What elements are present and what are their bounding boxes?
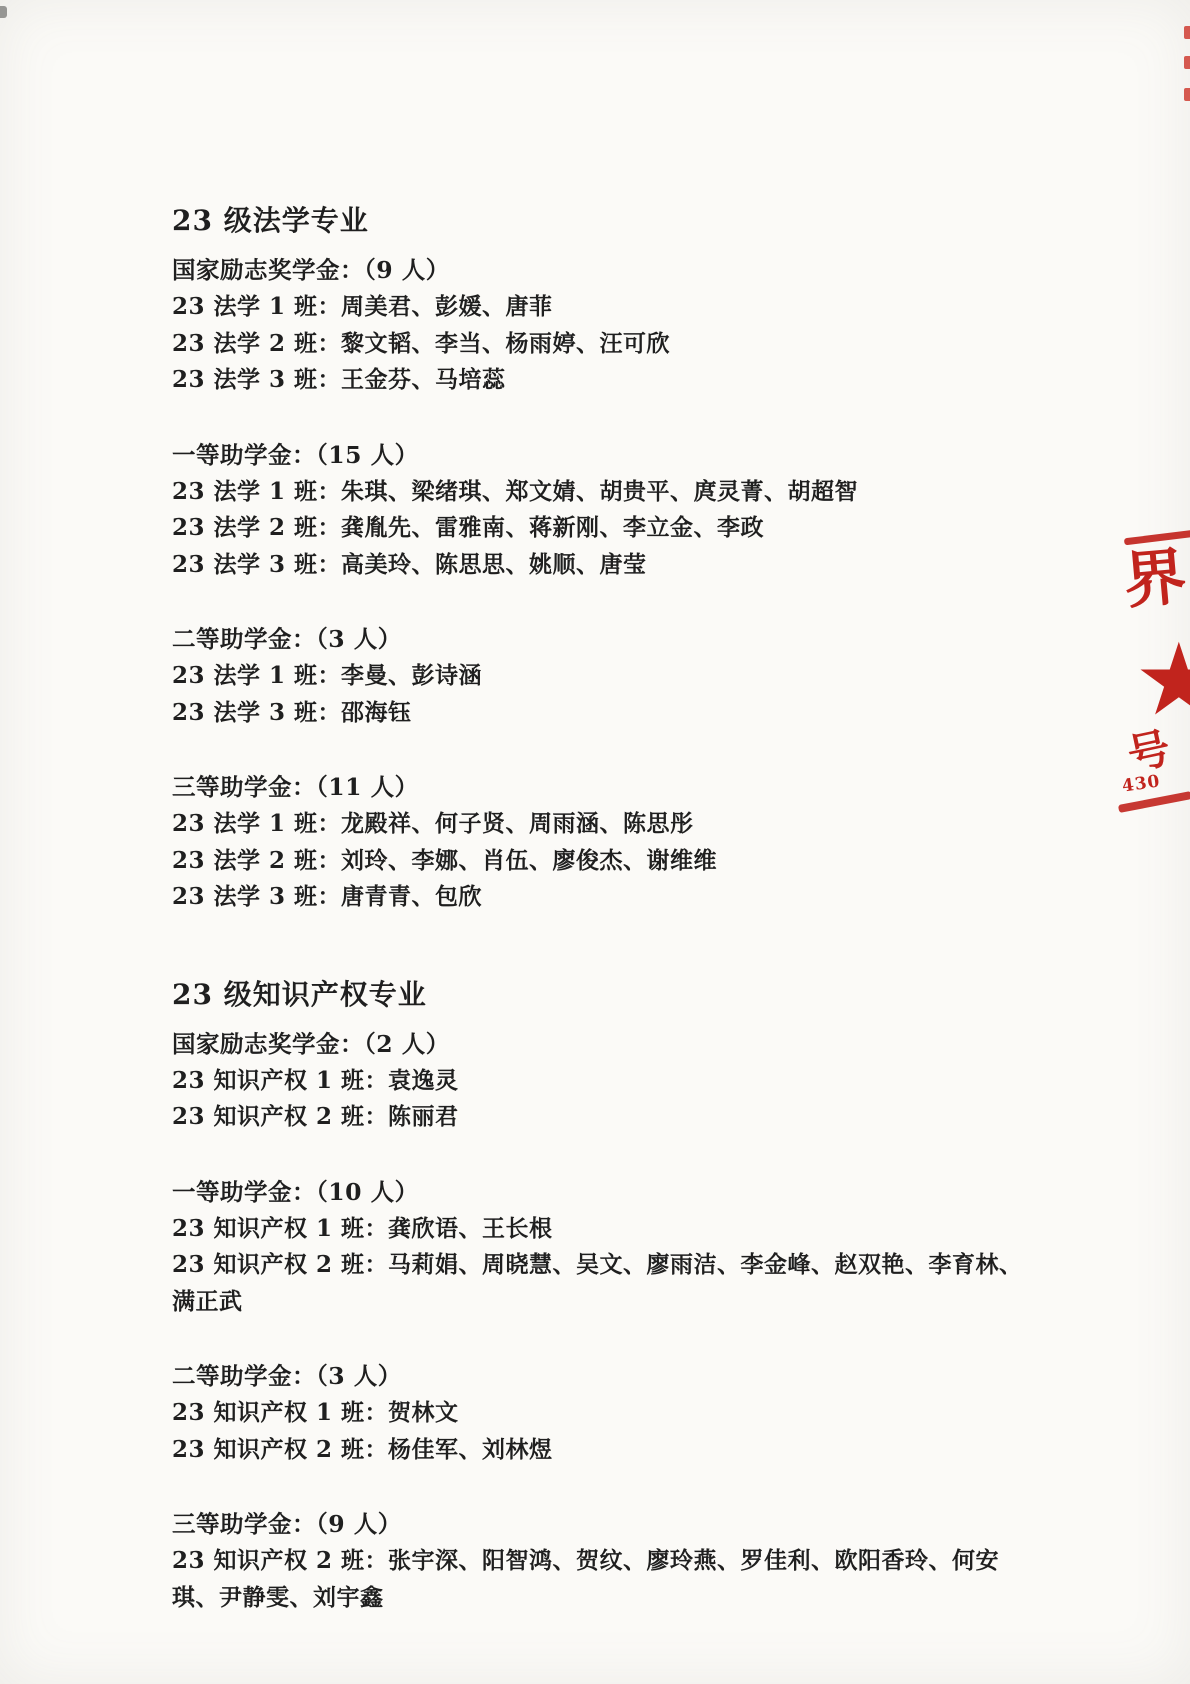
scan-artifact (1184, 56, 1190, 69)
stamp-serial-digits: 430 (1121, 771, 1162, 796)
official-seal-stamp: 界 ★ 号 430 (1110, 524, 1190, 816)
scan-artifact (1184, 88, 1190, 101)
scholarship-group-third-grant: 三等助学金：（11 人） 23 法学 1 班：龙殿祥、何子贤、周雨涵、陈思彤 2… (172, 769, 1042, 916)
scholarship-group-national: 国家励志奖学金：（2 人） 23 知识产权 1 班：袁逸灵 23 知识产权 2 … (172, 1026, 1042, 1136)
stamp-character-bottom: 号 (1124, 726, 1174, 778)
group-heading: 国家励志奖学金：（9 人） (172, 252, 1042, 289)
scholarship-group-third-grant: 三等助学金：（9 人） 23 知识产权 2 班：张宇深、阳智鸿、贺纹、廖玲燕、罗… (172, 1506, 1042, 1616)
group-heading: 二等助学金：（3 人） (172, 621, 1042, 658)
class-roster-line: 23 法学 1 班：龙殿祥、何子贤、周雨涵、陈思彤 (172, 806, 1042, 843)
class-roster-line: 23 法学 1 班：李曼、彭诗涵 (172, 658, 1042, 695)
section-title: 23 级法学专业 (172, 200, 1042, 242)
scholarship-group-second-grant: 二等助学金：（3 人） 23 法学 1 班：李曼、彭诗涵 23 法学 3 班：邵… (172, 621, 1042, 731)
class-roster-line: 23 知识产权 2 班：杨佳军、刘林煜 (172, 1432, 1042, 1469)
group-heading: 一等助学金：（10 人） (172, 1174, 1042, 1211)
class-roster-line: 23 法学 2 班：龚胤先、雷雅南、蒋新刚、李立金、李政 (172, 510, 1042, 547)
class-roster-line: 23 知识产权 1 班：贺林文 (172, 1395, 1042, 1432)
group-heading: 一等助学金：（15 人） (172, 437, 1042, 474)
class-roster-line: 23 法学 1 班：周美君、彭媛、唐菲 (172, 289, 1042, 326)
class-roster-line: 23 法学 2 班：刘玲、李娜、肖伍、廖俊杰、谢维维 (172, 843, 1042, 880)
class-roster-line: 23 知识产权 1 班：龚欣语、王长根 (172, 1211, 1042, 1248)
scholarship-group-national: 国家励志奖学金：（9 人） 23 法学 1 班：周美君、彭媛、唐菲 23 法学 … (172, 252, 1042, 399)
group-heading: 三等助学金：（9 人） (172, 1506, 1042, 1543)
class-roster-line: 23 法学 3 班：高美玲、陈思思、姚顺、唐莹 (172, 547, 1042, 584)
section-ip-major: 23 级知识产权专业 国家励志奖学金：（2 人） 23 知识产权 1 班：袁逸灵… (172, 974, 1042, 1617)
class-roster-line: 23 法学 2 班：黎文韬、李当、杨雨婷、汪可欣 (172, 326, 1042, 363)
scanned-document: { "page": { "background": "#fbfaf7", "te… (0, 0, 1190, 1684)
group-heading: 国家励志奖学金：（2 人） (172, 1026, 1042, 1063)
class-roster-line: 23 知识产权 2 班：张宇深、阳智鸿、贺纹、廖玲燕、罗佳利、欧阳香玲、何安琪、… (172, 1543, 1042, 1616)
scholarship-group-first-grant: 一等助学金：（10 人） 23 知识产权 1 班：龚欣语、王长根 23 知识产权… (172, 1174, 1042, 1321)
section-title: 23 级知识产权专业 (172, 974, 1042, 1016)
class-roster-line: 23 知识产权 2 班：马莉娟、周晓慧、吴文、廖雨洁、李金峰、赵双艳、李育林、满… (172, 1247, 1042, 1320)
scholarship-group-first-grant: 一等助学金：（15 人） 23 法学 1 班：朱琪、梁绪琪、郑文婧、胡贵平、庹灵… (172, 437, 1042, 584)
section-law-major: 23 级法学专业 国家励志奖学金：（9 人） 23 法学 1 班：周美君、彭媛、… (172, 200, 1042, 916)
stamp-character-top: 界 (1121, 543, 1189, 614)
class-roster-line: 23 法学 3 班：邵海钰 (172, 695, 1042, 732)
class-roster-line: 23 法学 1 班：朱琪、梁绪琪、郑文婧、胡贵平、庹灵菁、胡超智 (172, 474, 1042, 511)
group-heading: 三等助学金：（11 人） (172, 769, 1042, 806)
class-roster-line: 23 法学 3 班：唐青青、包欣 (172, 879, 1042, 916)
document-content: 23 级法学专业 国家励志奖学金：（9 人） 23 法学 1 班：周美君、彭媛、… (0, 0, 1182, 1616)
group-heading: 二等助学金：（3 人） (172, 1358, 1042, 1395)
class-roster-line: 23 法学 3 班：王金芬、马培蕊 (172, 362, 1042, 399)
scan-artifact (1184, 26, 1190, 39)
class-roster-line: 23 知识产权 1 班：袁逸灵 (172, 1063, 1042, 1100)
scholarship-group-second-grant: 二等助学金：（3 人） 23 知识产权 1 班：贺林文 23 知识产权 2 班：… (172, 1358, 1042, 1468)
class-roster-line: 23 知识产权 2 班：陈丽君 (172, 1099, 1042, 1136)
stamp-star-icon: ★ (1134, 630, 1190, 730)
